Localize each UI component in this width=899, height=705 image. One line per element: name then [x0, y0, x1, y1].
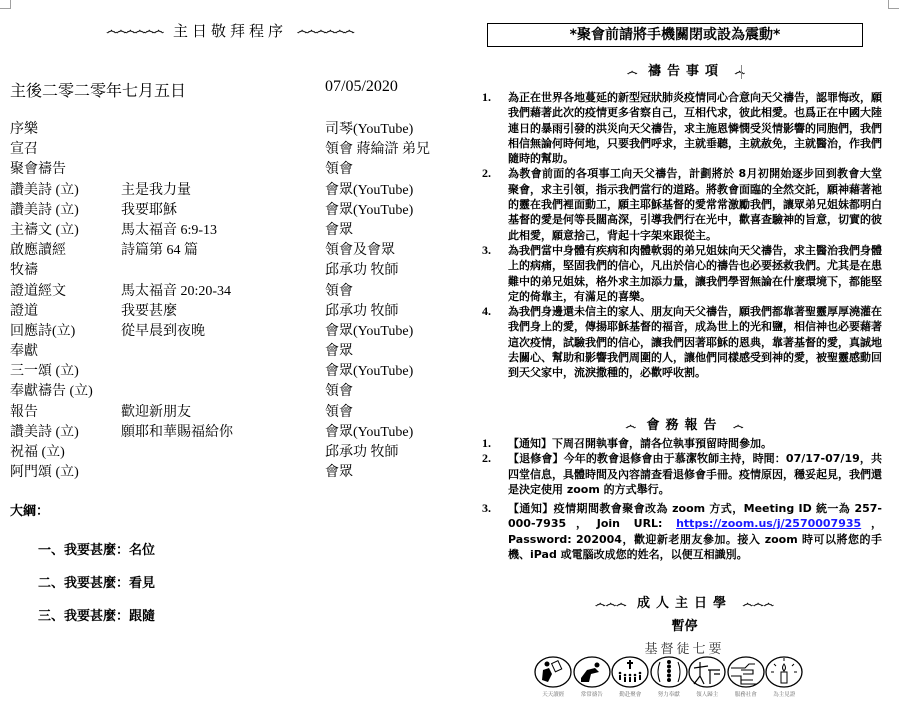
item-number: 2.: [482, 166, 491, 181]
outline-title: 大綱：: [10, 500, 155, 519]
program-item: 讚美詩 (立): [10, 423, 79, 443]
item-text: 【通知】下周召開執事會，請各位執事預留時間參加。: [508, 437, 772, 450]
program-detail: 從早晨到夜晚: [121, 322, 205, 342]
essential-label: 領人歸主: [696, 690, 718, 698]
program-leader: 領會: [325, 403, 353, 423]
outline-item: 二、我要甚麼：看見: [38, 572, 155, 605]
gathering-icon: [611, 656, 649, 688]
seven-essentials-title: 基督徒七要: [470, 638, 899, 657]
program-item: 序樂: [10, 120, 38, 140]
program-row: 奉獻會眾: [10, 342, 450, 362]
ornament-icon: ෴෴෴෴෴෴: [106, 24, 163, 38]
essential-item: 努力奉獻: [650, 656, 689, 698]
essential-item: 為主見證: [765, 656, 804, 698]
program-leader: 會眾: [325, 342, 353, 362]
program-detail: 願耶和華賜福給你: [121, 423, 233, 443]
sunday-school-status: 暫停: [470, 615, 899, 634]
essential-label: 努力奉獻: [658, 690, 680, 698]
program-detail: 我要耶穌: [121, 201, 177, 221]
praying-icon: [573, 656, 611, 688]
program-leader: 領會 蔣綸滸 弟兄: [325, 140, 430, 160]
item-text: 為我們身邊還未信主的家人、朋友向天父禱告，願我們都靠著聖靈厚厚澆灌在我們身上的愛…: [508, 305, 882, 379]
program-item: 報告: [10, 403, 38, 423]
affairs-list: 1.【通知】下周召開執事會，請各位執事預留時間參加。 2.【退修會】今年的教會退…: [482, 436, 882, 562]
section-title: 會務報告: [646, 418, 722, 433]
program-row: 宣召領會 蔣綸滸 弟兄: [10, 140, 450, 160]
worship-order-heading: ෴෴෴෴෴෴ 主日敬拜程序 ෴෴෴෴෴෴: [70, 20, 390, 41]
essential-label: 天天讀經: [542, 690, 564, 698]
essential-label: 為主見證: [773, 690, 795, 698]
left-page: ෴෴෴෴෴෴ 主日敬拜程序 ෴෴෴෴෴෴ 主後二零二零年七月五日 07/05/2…: [0, 0, 450, 705]
program-detail: 我要甚麼: [121, 302, 177, 322]
program-item: 讚美詩 (立): [10, 181, 79, 201]
section-title: 禱告事項: [648, 64, 724, 79]
ornament-icon: ෴෴෴෴෴෴: [297, 24, 354, 38]
text-cursor: [741, 65, 742, 79]
program-item: 啟應讀經: [10, 241, 66, 261]
essential-item: 服務社會: [727, 656, 766, 698]
ornament-icon: ෴: [735, 65, 745, 78]
date-chinese: 主後二零二零年七月五日: [10, 78, 186, 101]
program-leader: 領會: [325, 382, 353, 402]
program-row: 讚美詩 (立)主是我力量會眾(YouTube): [10, 181, 450, 201]
outline-item: 三、我要甚麼：跟隨: [38, 605, 155, 638]
program-item: 祝福 (立): [10, 443, 65, 463]
item-number: 4.: [482, 304, 491, 319]
date-row: 主後二零二零年七月五日 07/05/2020: [10, 78, 440, 100]
program-row: 啟應讀經詩篇第 64 篇領會及會眾: [10, 241, 450, 261]
prayer-list: 1.為正在世界各地蔓延的新型冠狀肺炎疫情同心合意向天父禱告，認罪悔改，願我們藉著…: [482, 90, 882, 381]
prayer-item: 2.為教會前面的各項事工向天父禱告，計劃將於 8月初開始逐步回到教會大堂聚會，求…: [482, 166, 882, 242]
right-page: *聚會前請將手機關閉或設為震動* ෴ 禱告事項 ෴ 1.為正在世界各地蔓延的新型…: [470, 0, 899, 705]
program-leader: 邱承功 牧師: [325, 443, 399, 463]
program-leader: 司琴(YouTube): [325, 120, 413, 140]
affairs-item: 3.【通知】疫情期間教會聚會改為 zoom 方式，Meeting ID 統一為 …: [482, 501, 882, 562]
prayer-section-heading: ෴ 禱告事項 ෴: [470, 60, 899, 79]
program-item: 牧禱: [10, 261, 38, 281]
ornament-icon: ෴෴෴: [743, 597, 774, 610]
program-detail: 馬太福音 20:20-34: [121, 282, 231, 302]
program-detail: 主是我力量: [121, 181, 191, 201]
page-title: 主日敬拜程序: [173, 20, 287, 41]
program-row: 證道我要甚麼邱承功 牧師: [10, 302, 450, 322]
program-item: 阿門頌 (立): [10, 463, 79, 483]
ornament-icon: ෴: [627, 65, 637, 78]
section-title: 成人主日學: [637, 596, 732, 611]
item-number: 1.: [482, 90, 491, 105]
program-row: 證道經文馬太福音 20:20-34領會: [10, 282, 450, 302]
essential-label: 勤赴聚會: [619, 690, 641, 698]
essential-item: 領人歸主: [688, 656, 727, 698]
program-row: 讚美詩 (立)我要耶穌會眾(YouTube): [10, 201, 450, 221]
program-detail: 詩篇第 64 篇: [121, 241, 198, 261]
program-item: 宣召: [10, 140, 38, 160]
evangelism-icon: [688, 656, 726, 688]
sermon-outline: 大綱： 一、我要甚麼：名位 二、我要甚麼：看見 三、我要甚麼：跟隨: [10, 500, 155, 638]
prayer-item: 3.為我們當中身體有疾病和肉體軟弱的弟兄姐妹向天父禱告，求主醫治我們身體上的病痛…: [482, 243, 882, 304]
program-leader: 會眾: [325, 221, 353, 241]
program-item: 主禱文 (立): [10, 221, 79, 241]
essential-label: 常常禱告: [581, 690, 603, 698]
program-item: 證道經文: [10, 282, 66, 302]
affairs-item: 1.【通知】下周召開執事會，請各位執事預留時間參加。: [482, 436, 882, 451]
program-detail: 歡迎新朋友: [121, 403, 191, 423]
item-number: 2.: [482, 451, 491, 466]
program-row: 讚美詩 (立)願耶和華賜福給你會眾(YouTube): [10, 423, 450, 443]
program-leader: 邱承功 牧師: [325, 261, 399, 281]
program-leader: 邱承功 牧師: [325, 302, 399, 322]
ornament-icon: ෴: [626, 419, 636, 432]
program-item: 奉獻禱告 (立): [10, 382, 93, 402]
serving-icon: [727, 656, 765, 688]
outline-item: 一、我要甚麼：名位: [38, 539, 155, 572]
witness-candle-icon: [765, 656, 803, 688]
program-row: 祝福 (立)邱承功 牧師: [10, 443, 450, 463]
sunday-school-heading: ෴෴෴ 成人主日學 ෴෴෴: [470, 592, 899, 611]
program-row: 牧禱邱承功 牧師: [10, 261, 450, 281]
item-text: 【退修會】今年的教會退修會由于慕潔牧師主持，時間：07/17-07/19，共四堂…: [508, 452, 882, 496]
program-leader: 會眾(YouTube): [325, 181, 413, 201]
program-row: 三一頌 (立)會眾(YouTube): [10, 362, 450, 382]
program-leader: 會眾(YouTube): [325, 201, 413, 221]
ornament-icon: ෴: [733, 419, 743, 432]
program-row: 報告歡迎新朋友領會: [10, 403, 450, 423]
program-item: 三一頌 (立): [10, 362, 79, 382]
program-leader: 領會及會眾: [325, 241, 395, 261]
program-row: 聚會禱告領會: [10, 160, 450, 180]
program-item: 證道: [10, 302, 38, 322]
program-leader: 會眾(YouTube): [325, 362, 413, 382]
program-item: 奉獻: [10, 342, 38, 362]
program-row: 奉獻禱告 (立)領會: [10, 382, 450, 402]
program-detail: 馬太福音 6:9-13: [121, 221, 217, 241]
prayer-item: 1.為正在世界各地蔓延的新型冠狀肺炎疫情同心合意向天父禱告，認罪悔改，願我們藉著…: [482, 90, 882, 166]
program-leader: 會眾: [325, 463, 353, 483]
program-leader: 會眾(YouTube): [325, 322, 413, 342]
program-leader: 領會: [325, 282, 353, 302]
essential-item: 天天讀經: [534, 656, 573, 698]
item-text: 為教會前面的各項事工向天父禱告，計劃將於 8月初開始逐步回到教會大堂聚會，求主引…: [508, 167, 882, 241]
item-number: 1.: [482, 436, 491, 451]
program-item: 讚美詩 (立): [10, 201, 79, 221]
program-item: 聚會禱告: [10, 160, 66, 180]
program-leader: 領會: [325, 160, 353, 180]
item-number: 3.: [482, 501, 491, 516]
item-number: 3.: [482, 243, 491, 258]
zoom-join-link[interactable]: https://zoom.us/j/2570007935: [676, 517, 861, 530]
program-leader: 會眾(YouTube): [325, 423, 413, 443]
affairs-item: 2.【退修會】今年的教會退修會由于慕潔牧師主持，時間：07/17-07/19，共…: [482, 451, 882, 497]
affairs-section-heading: ෴ 會務報告 ෴: [470, 414, 899, 433]
offering-icon: [650, 656, 688, 688]
phone-notice-box: *聚會前請將手機關閉或設為震動*: [487, 23, 863, 47]
program-row: 回應詩(立)從早晨到夜晚會眾(YouTube): [10, 322, 450, 342]
ornament-icon: ෴෴෴: [595, 597, 626, 610]
date-numeric: 07/05/2020: [325, 78, 398, 96]
reading-bible-icon: [534, 656, 572, 688]
item-text: 為我們當中身體有疾病和肉體軟弱的弟兄姐妹向天父禱告，求主醫治我們身體上的病痛，堅…: [508, 244, 882, 303]
program-row: 阿門頌 (立)會眾: [10, 463, 450, 483]
seven-essentials-icons: 天天讀經 常常禱告 勤赴聚會 努力奉獻: [534, 656, 804, 698]
program-row: 主禱文 (立)馬太福音 6:9-13會眾: [10, 221, 450, 241]
essential-label: 服務社會: [735, 690, 757, 698]
program-row: 序樂司琴(YouTube): [10, 120, 450, 140]
item-text: 為正在世界各地蔓延的新型冠狀肺炎疫情同心合意向天父禱告，認罪悔改，願我們藉著此次…: [508, 91, 882, 165]
program-list: 序樂司琴(YouTube) 宣召領會 蔣綸滸 弟兄 聚會禱告領會 讚美詩 (立)…: [10, 120, 450, 483]
essential-item: 勤赴聚會: [611, 656, 650, 698]
program-item: 回應詩(立): [10, 322, 75, 342]
prayer-item: 4.為我們身邊還未信主的家人、朋友向天父禱告，願我們都靠著聖靈厚厚澆灌在我們身上…: [482, 304, 882, 380]
essential-item: 常常禱告: [573, 656, 612, 698]
